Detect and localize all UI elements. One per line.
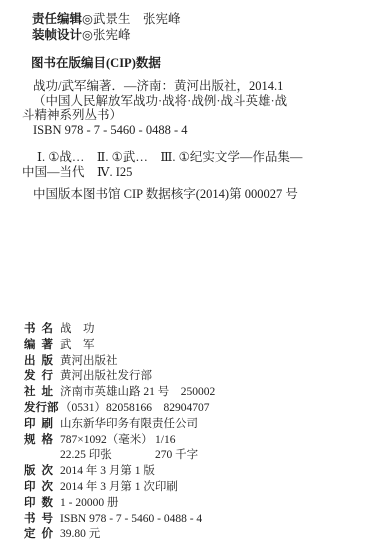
colophon-value: 2014 年 3 月第 1 次印刷 <box>60 478 178 494</box>
colophon-label: 社址 <box>24 383 53 399</box>
colophon-row-publisher: 出版黄河出版社 <box>24 352 215 368</box>
colophon-row-isbn: 书号ISBN 978 - 7 - 5460 - 0488 - 4 <box>24 510 215 526</box>
colophon-row-print-run: 印数1 - 20000 册 <box>24 494 215 510</box>
colophon-value: 黄河出版社发行部 <box>60 367 152 383</box>
colophon-value: （0531）82058166 82904707 <box>60 399 210 415</box>
colophon-label: 书号 <box>24 510 53 526</box>
colophon-value: 济南市英雄山路 21 号 250002 <box>60 383 215 399</box>
colophon-value: ISBN 978 - 7 - 5460 - 0488 - 4 <box>60 513 202 525</box>
cip-heading: 图书在版编目(CIP)数据 <box>31 53 161 71</box>
sheet-count: 22.25 印张 <box>60 446 155 462</box>
colophon-row-price: 定价39.80 元 <box>24 525 215 541</box>
colophon-row-format: 规格787×1092（毫米）1/16 <box>24 431 215 447</box>
colophon-value: 山东新华印务有限责任公司 <box>60 415 198 431</box>
cip-entry-line: 战功/武军编著．—济南：黄河出版社，2014.1 <box>22 79 287 94</box>
format-fraction: 1/16 <box>155 434 175 446</box>
colophon-row-edition: 版次2014 年 3 月第 1 版 <box>24 462 215 478</box>
credit-value: 武景生 张宪峰 <box>93 12 181 26</box>
colophon-row-impression: 印次2014 年 3 月第 1 次印刷 <box>24 478 215 494</box>
classification-line-2: 中国—当代 Ⅳ. I25 <box>22 165 302 180</box>
colophon-label: 书名 <box>24 320 53 336</box>
colophon-label: 定价 <box>24 525 53 541</box>
colophon-label: 印数 <box>24 494 53 510</box>
colophon-label: 版次 <box>24 462 53 478</box>
colophon-label: 编著 <box>24 336 53 352</box>
colophon-label: 印刷 <box>24 415 53 431</box>
colophon-row-address: 社址济南市英雄山路 21 号 250002 <box>24 383 215 399</box>
colophon-label: 印次 <box>24 478 53 494</box>
cip-entry-block: 战功/武军编著．—济南：黄河出版社，2014.1 （中国人民解放军战功·战将·战… <box>22 79 287 137</box>
colophon-label: 发行 <box>24 367 53 383</box>
classification-line-1: Ⅰ. ①战… Ⅱ. ①武… Ⅲ. ①纪实文学—作品集— <box>22 150 302 165</box>
colophon-row-distribution-dept: 发行部（0531）82058166 82904707 <box>24 399 215 415</box>
circle-separator: ◎ <box>82 28 93 42</box>
colophon-label: 规格 <box>24 431 53 447</box>
credit-label: 责任编辑 <box>32 12 82 26</box>
cip-series-line-2: 斗精神系列丛书） <box>22 108 287 123</box>
colophon-value: 39.80 元 <box>60 525 100 541</box>
credits-block: 责任编辑◎武景生 张宪峰 装帧设计◎张宪峰 <box>32 11 180 43</box>
colophon-value: 1 - 20000 册 <box>60 494 118 510</box>
credit-label: 装帧设计 <box>32 28 82 42</box>
colophon-value: 22.25 印张270 千字 <box>60 446 198 462</box>
colophon-label: 出版 <box>24 352 53 368</box>
cip-record-line: 中国版本图书馆 CIP 数据核字(2014)第 000027 号 <box>33 184 298 202</box>
colophon-value: 武 军 <box>60 336 95 352</box>
colophon-row-format-cont: 22.25 印张270 千字 <box>24 446 215 462</box>
colophon-block: 书名战 功 编著武 军 出版黄河出版社 发行黄河出版社发行部 社址济南市英雄山路… <box>24 320 215 541</box>
colophon-row-author: 编著武 军 <box>24 336 215 352</box>
cip-classification-block: Ⅰ. ①战… Ⅱ. ①武… Ⅲ. ①纪实文学—作品集— 中国—当代 Ⅳ. I25 <box>22 150 302 179</box>
colophon-label: 发行部 <box>24 399 53 415</box>
cip-isbn-line: ISBN 978 - 7 - 5460 - 0488 - 4 <box>22 123 287 138</box>
format-size: 787×1092（毫米） <box>60 431 155 447</box>
colophon-value: 2014 年 3 月第 1 版 <box>60 462 155 478</box>
colophon-row-printer: 印刷山东新华印务有限责任公司 <box>24 415 215 431</box>
colophon-value: 787×1092（毫米）1/16 <box>60 431 175 447</box>
colophon-row-distributor: 发行黄河出版社发行部 <box>24 367 215 383</box>
credit-line-editor: 责任编辑◎武景生 张宪峰 <box>32 11 180 27</box>
copyright-page: 责任编辑◎武景生 张宪峰 装帧设计◎张宪峰 图书在版编目(CIP)数据 战功/武… <box>0 0 375 546</box>
word-count: 270 千字 <box>155 449 198 461</box>
cip-series-line-1: （中国人民解放军战功·战将·战例·战斗英雄·战 <box>22 94 287 109</box>
colophon-value: 战 功 <box>60 320 95 336</box>
credit-line-designer: 装帧设计◎张宪峰 <box>32 27 180 43</box>
colophon-row-title: 书名战 功 <box>24 320 215 336</box>
credit-value: 张宪峰 <box>93 28 131 42</box>
colophon-value: 黄河出版社 <box>60 352 118 368</box>
circle-separator: ◎ <box>82 12 93 26</box>
